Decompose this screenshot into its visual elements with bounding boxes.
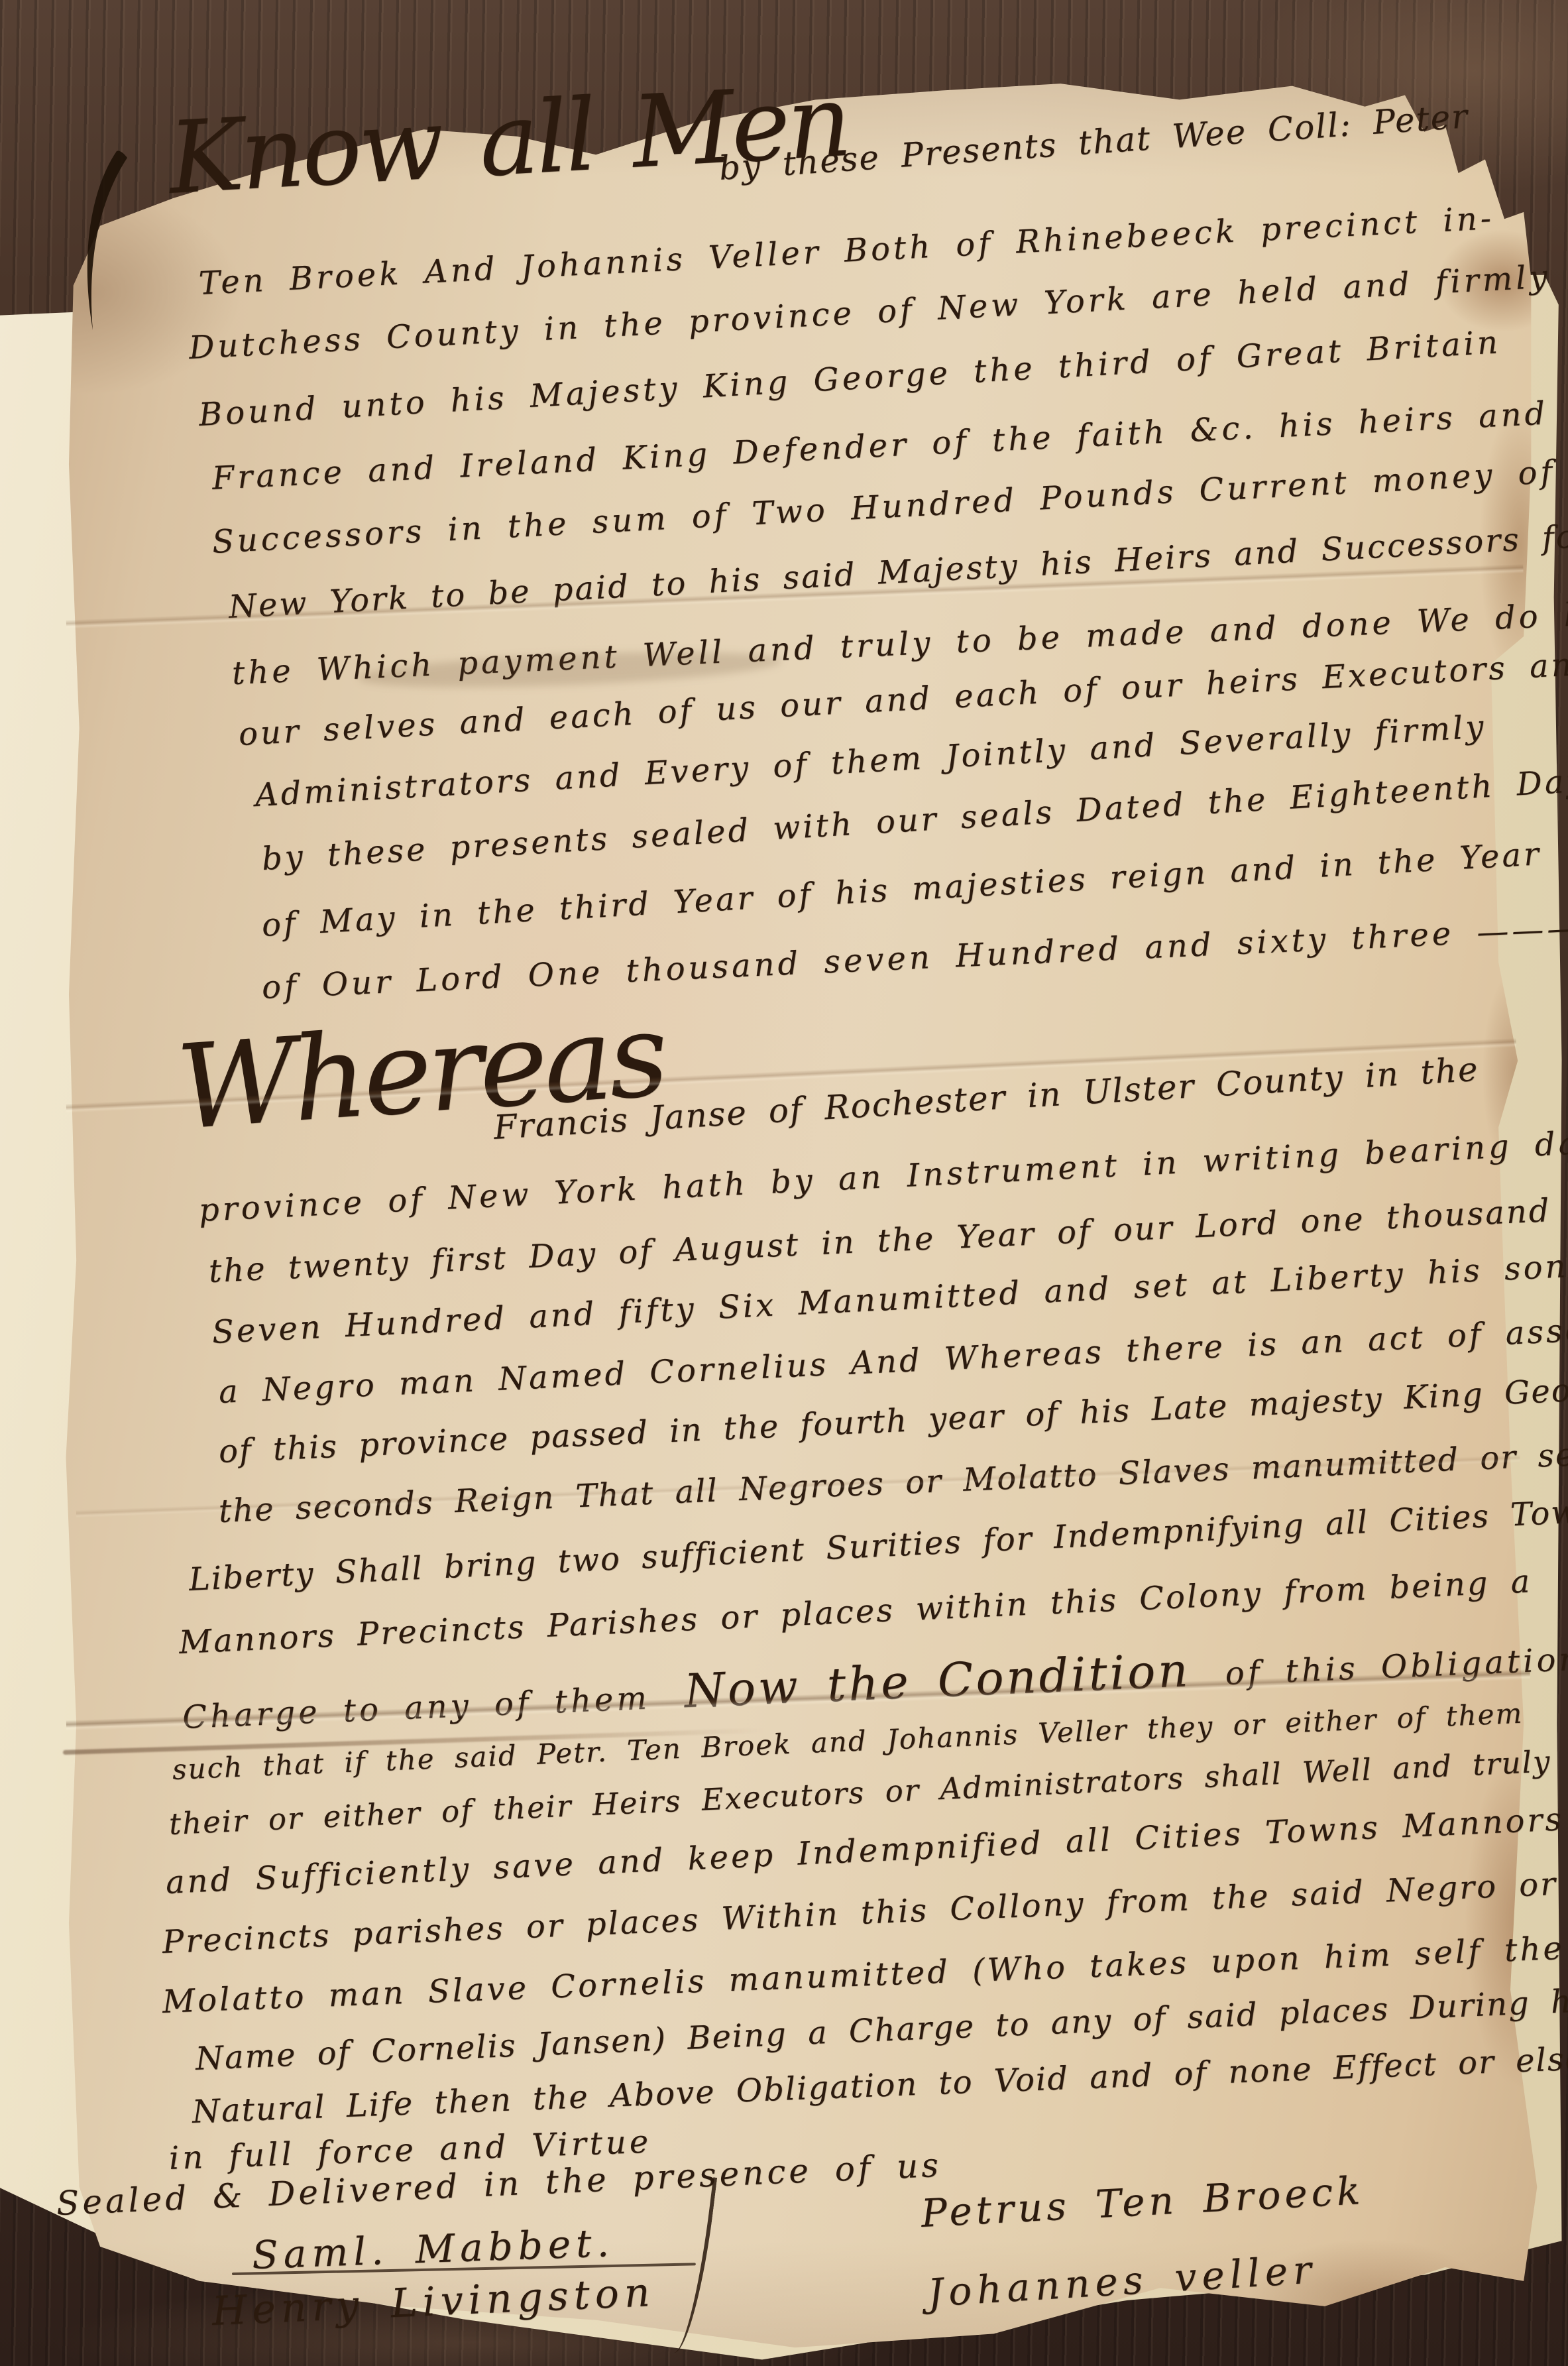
photograph-scene: Know all Men by these Presents that Wee … [0,0,1568,2366]
quill-flourish-icon [74,147,174,339]
